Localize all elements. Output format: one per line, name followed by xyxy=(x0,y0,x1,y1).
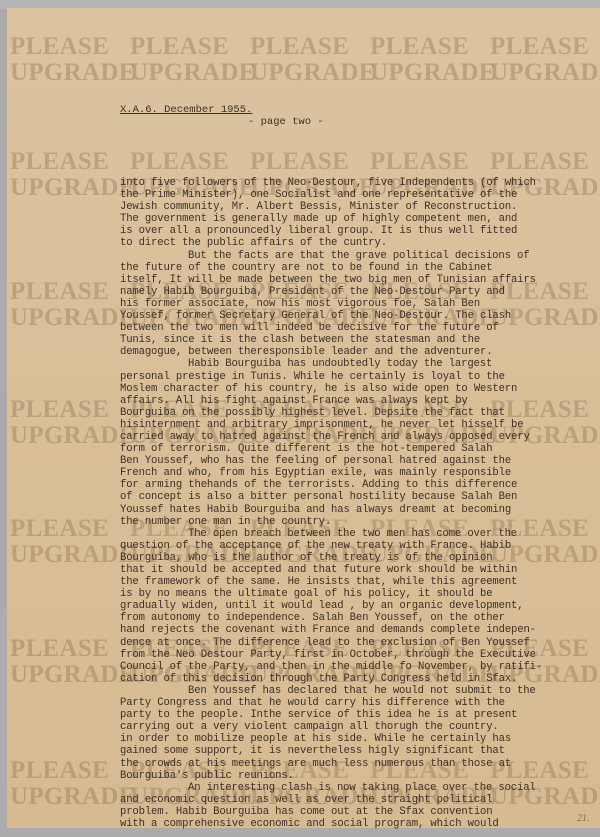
text-line: Jewish community, Mr. Albert Bessis, Min… xyxy=(120,201,600,213)
document-content: X.A.6. December 1955. - page two - into … xyxy=(0,0,600,837)
text-line: and economic question as well as over th… xyxy=(120,794,600,806)
text-line: Youssef, former Secretary General of the… xyxy=(120,310,600,322)
text-line: for arming thehands of the terrorists. A… xyxy=(120,479,600,491)
text-line: is by no means the ultimate goal of his … xyxy=(120,588,600,600)
text-line: to direct the public affairs of the cunt… xyxy=(120,237,600,249)
page-number: 21. xyxy=(577,813,590,824)
text-line: French and who, from his Egyptian exile,… xyxy=(120,467,600,479)
text-line: Ben Youssef, who has the feeling of pers… xyxy=(120,455,600,467)
text-line: Youssef hates Habib Bourguiba and has al… xyxy=(120,504,600,516)
document-reference: X.A.6. December 1955. xyxy=(120,104,252,116)
text-line: the future of the country are not to be … xyxy=(120,262,600,274)
text-line: Moslem character of his country, he is a… xyxy=(120,383,600,395)
text-line: Bourguiba's public reunions. xyxy=(120,770,600,782)
text-line: from autonomy to independence. Salah Ben… xyxy=(120,612,600,624)
text-line: of concept is also a bitter personal hos… xyxy=(120,491,600,503)
text-line: the number one man in the country. xyxy=(120,516,600,528)
text-line: carrying out a very violent campaign all… xyxy=(120,721,600,733)
text-line: Bourguiba on the possibly highest level.… xyxy=(120,407,600,419)
text-line: his former associate, now his most vigor… xyxy=(120,298,600,310)
text-line: gradually widen, until it would lead , b… xyxy=(120,600,600,612)
text-line: from the Neo Destour Party, first in Oct… xyxy=(120,649,600,661)
text-line: The open breach between the two men has … xyxy=(120,528,600,540)
text-line: cation of this decision through the Part… xyxy=(120,673,600,685)
text-line: hisinternment and arbitrary imprisonment… xyxy=(120,419,600,431)
text-line: The government is generally made up of h… xyxy=(120,213,600,225)
text-line: into five followers of the Neo-Destour, … xyxy=(120,177,600,189)
text-line: between the two men will indeed be decis… xyxy=(120,322,600,334)
text-line: Council of the Party, and then in the mi… xyxy=(120,661,600,673)
text-line: demagogue, between theresponsible leader… xyxy=(120,346,600,358)
text-line: Ben Youssef has declared that he would n… xyxy=(120,685,600,697)
text-line: question of the acceptance of the new tr… xyxy=(120,540,600,552)
text-line: is over all a pronouncedly liberal group… xyxy=(120,225,600,237)
text-line: Bourguiba, who is the author of the trea… xyxy=(120,552,600,564)
text-line: with a comprehensive economic and social… xyxy=(120,818,600,830)
text-line: problem. Habib Bourguiba has come out at… xyxy=(120,806,600,818)
text-line: in order to mobilize people at his side.… xyxy=(120,733,600,745)
text-line: Party Congress and that he would carry h… xyxy=(120,697,600,709)
page-label: - page two - xyxy=(248,116,324,128)
text-line: form of terrorism. Quite different is th… xyxy=(120,443,600,455)
text-line: Tunis, since it is the clash between the… xyxy=(120,334,600,346)
text-line: Habib Bourguiba has undoubtedly today th… xyxy=(120,358,600,370)
text-line: gained some support, it is nevertheless … xyxy=(120,745,600,757)
text-line: the framework of the same. He insists th… xyxy=(120,576,600,588)
text-line: the Prime Minister), one Socialist and o… xyxy=(120,189,600,201)
text-line: dence at once. The difference lead to th… xyxy=(120,637,600,649)
text-line: hand rejects the covenant with France an… xyxy=(120,624,600,636)
text-line: namely Habib Bourguiba, President of the… xyxy=(120,286,600,298)
text-line: that it should be accepted and that futu… xyxy=(120,564,600,576)
body-text: into five followers of the Neo-Destour, … xyxy=(120,177,600,830)
text-line: An interesting clash is now taking place… xyxy=(120,782,600,794)
text-line: But the facts are that the grave politic… xyxy=(120,250,600,262)
text-line: the crowds at his meetings are much less… xyxy=(120,758,600,770)
text-line: affairs. All his fight against France wa… xyxy=(120,395,600,407)
text-line: itself, It will be made between the two … xyxy=(120,274,600,286)
text-line: personal prestige in Tunis. While he cer… xyxy=(120,371,600,383)
text-line: party to the people. Inthe service of th… xyxy=(120,709,600,721)
text-line: carried away to hatred against the Frenc… xyxy=(120,431,600,443)
